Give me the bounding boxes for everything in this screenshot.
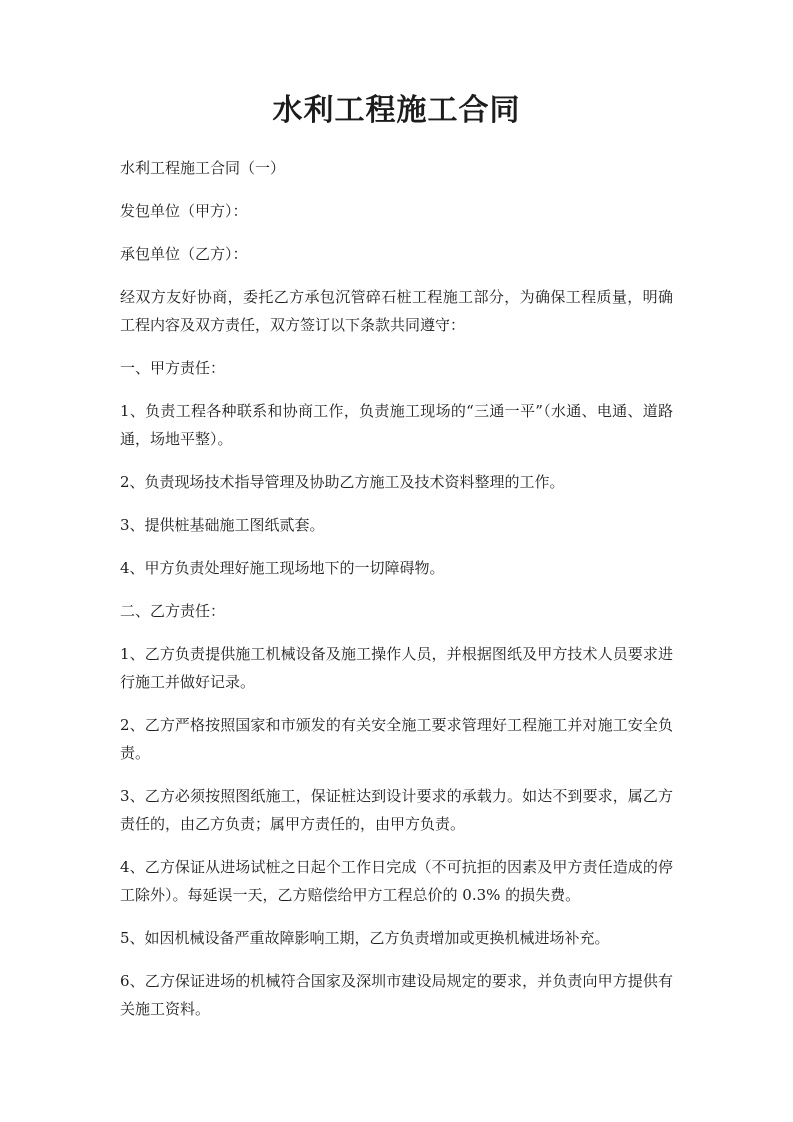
party-a-duty-item-4: 4、甲方负责处理好施工现场地下的一切障碍物。 bbox=[120, 554, 673, 582]
party-b-duty-item-4: 4、乙方保证从进场试桩之日起个工作日完成（不可抗拒的因素及甲方责任造成的停工除外… bbox=[120, 853, 673, 909]
party-b-duty-item-2: 2、乙方严格按照国家和市颁发的有关安全施工要求管理好工程施工并对施工安全负责。 bbox=[120, 711, 673, 767]
party-b-duty-item-6: 6、乙方保证进场的机械符合国家及深圳市建设局规定的要求，并负责向甲方提供有关施工… bbox=[120, 967, 673, 1023]
preamble-paragraph: 经双方友好协商，委托乙方承包沉管碎石桩工程施工部分，为确保工程质量，明确工程内容… bbox=[120, 283, 673, 339]
party-a-duty-item-1: 1、负责工程各种联系和协商工作，负责施工现场的“三通一平”（水通、电通、道路通，… bbox=[120, 397, 673, 453]
document-title: 水利工程施工合同 bbox=[120, 90, 673, 132]
section-heading-party-b-duties: 二、乙方责任： bbox=[120, 597, 673, 625]
party-a-label: 发包单位（甲方）： bbox=[120, 197, 673, 225]
contract-subtitle: 水利工程施工合同（一） bbox=[120, 154, 673, 182]
party-b-duty-item-5: 5、如因机械设备严重故障影响工期，乙方负责增加或更换机械进场补充。 bbox=[120, 924, 673, 952]
party-b-duty-item-3: 3、乙方必须按照图纸施工，保证桩达到设计要求的承载力。如达不到要求，属乙方责任的… bbox=[120, 782, 673, 838]
party-b-label: 承包单位（乙方）： bbox=[120, 240, 673, 268]
party-a-duty-item-2: 2、负责现场技术指导管理及协助乙方施工及技术资料整理的工作。 bbox=[120, 468, 673, 496]
party-b-duty-item-1: 1、乙方负责提供施工机械设备及施工操作人员，并根据图纸及甲方技术人员要求进行施工… bbox=[120, 640, 673, 696]
document-page: 水利工程施工合同 水利工程施工合同（一） 发包单位（甲方）： 承包单位（乙方）：… bbox=[0, 0, 793, 1122]
section-heading-party-a-duties: 一、甲方责任： bbox=[120, 354, 673, 382]
party-a-duty-item-3: 3、提供桩基础施工图纸贰套。 bbox=[120, 511, 673, 539]
